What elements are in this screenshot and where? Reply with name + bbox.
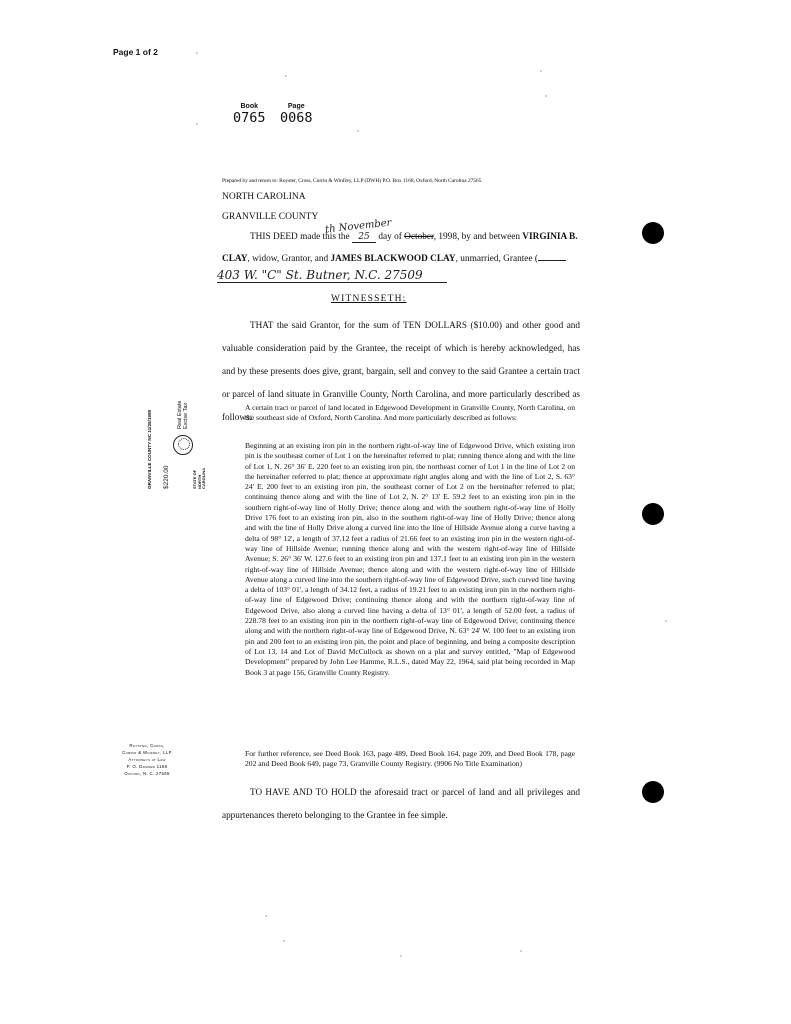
state-heading: NORTH CAROLINA <box>222 192 306 202</box>
firm-line: Oxford, N. C. 27565 <box>112 770 182 777</box>
stamp-amount: $220.00 <box>163 466 170 490</box>
page-indicator: Page 1 of 2 <box>113 47 158 57</box>
witnesseth-heading: WITNESSETH: <box>331 294 406 304</box>
scan-speck <box>540 70 542 72</box>
scan-speck <box>265 915 267 917</box>
grantor-last-name: CLAY <box>222 254 248 264</box>
scan-speck <box>357 130 359 132</box>
firm-line: Royster, Cross, <box>112 742 182 749</box>
state-seal-icon <box>173 435 193 455</box>
legal-description-reference: For further reference, see Deed Book 163… <box>245 749 575 770</box>
scan-speck <box>665 620 667 622</box>
firm-line: Currin & Winfrey, LLP <box>112 749 182 756</box>
county-heading: GRANVILLE COUNTY <box>222 212 318 222</box>
day-of-text: day of <box>378 232 402 242</box>
firm-line: P. O. Drawer 1168 <box>112 763 182 770</box>
punch-hole-icon <box>642 222 664 244</box>
book-number-block: Book 0765 <box>233 103 266 125</box>
grantee-description: , unmarried, Grantee ( <box>456 254 538 264</box>
stamp-state: STATE OF NORTH CAROLINA <box>193 461 207 489</box>
page-number-block: Page 0068 <box>280 103 313 125</box>
punch-hole-icon <box>642 781 664 803</box>
grantor-description: , widow, Grantor, and <box>248 254 329 264</box>
prepared-by-line: Prepared by and return to: Royster, Cros… <box>222 178 481 184</box>
firm-line: Attorneys at Law <box>112 756 182 763</box>
handwritten-day: 25 <box>352 232 376 243</box>
scan-speck <box>520 950 522 952</box>
scan-speck <box>196 123 198 125</box>
legal-description-intro: A certain tract or parcel of land locate… <box>245 403 575 424</box>
scan-speck <box>545 95 547 97</box>
stamp-county-date: GRANVILLE COUNTY NC 11/25/1998 <box>147 410 152 489</box>
stamp-tax-line2: Excise Tax <box>183 401 189 429</box>
excise-tax-stamp: GRANVILLE COUNTY NC 11/25/1998 $220.00 R… <box>143 359 213 489</box>
scan-speck <box>400 955 402 957</box>
grantee-name: JAMES BLACKWOOD CLAY <box>330 254 455 264</box>
scan-speck <box>196 52 198 54</box>
scan-speck <box>285 75 287 77</box>
year-between-text: , 1998, by and between <box>434 232 520 242</box>
habendum-paragraph: TO HAVE AND TO HOLD the aforesaid tract … <box>222 781 580 827</box>
book-number: 0765 <box>233 111 266 125</box>
punch-hole-icon <box>642 503 664 525</box>
law-firm-block: Royster, Cross, Currin & Winfrey, LLP At… <box>112 742 182 777</box>
grantor-first-name: VIRGINIA B. <box>522 232 577 242</box>
deed-opening-line: THIS DEED made this the 25 th November d… <box>222 232 577 243</box>
legal-description-metes-bounds: Beginning at an existing iron pin in the… <box>245 441 575 678</box>
struck-month: October <box>404 232 434 242</box>
scan-speck <box>283 940 285 942</box>
stamp-tax-label: Real Estate Excise Tax <box>177 401 189 429</box>
handwritten-grantee-address: 403 W. "C" St. Butner, N.C. 27509 <box>217 268 447 283</box>
parties-line: CLAY, widow, Grantor, and JAMES BLACKWOO… <box>222 254 577 264</box>
page-number: 0068 <box>280 111 313 125</box>
